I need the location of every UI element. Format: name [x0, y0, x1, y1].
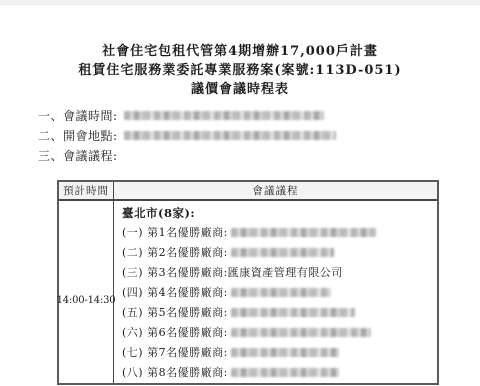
title-line-3: 議價會議時程表: [0, 80, 480, 99]
group-title: 臺北市(8家):: [122, 204, 433, 223]
agenda-table-header: 預計時間 會議議程: [59, 182, 437, 201]
agenda-item-label: (六) 第6名優勝廠商:: [122, 326, 228, 339]
redacted-company-name: [231, 308, 355, 317]
meta-label: 一、會議時間:: [38, 109, 118, 123]
agenda-item-label: (二) 第2名優勝廠商:: [122, 246, 228, 259]
redacted-company-name: [231, 368, 339, 377]
meta-item-meeting-place: 二、開會地點:: [38, 126, 460, 146]
agenda-item-company: 匯康資產管理有限公司: [228, 266, 343, 279]
agenda-item-1: (一) 第1名優勝廠商:: [122, 223, 433, 243]
agenda-item-3: (三) 第3名優勝廠商:匯康資產管理有限公司: [122, 263, 433, 283]
agenda-table: 預計時間 會議議程 14:00-14:30 臺北市(8家): (一) 第1名優勝…: [57, 180, 439, 385]
meta-label: 二、開會地點:: [38, 129, 118, 143]
redacted-meeting-place: [124, 131, 336, 140]
header-cell-agenda: 會議議程: [114, 182, 437, 199]
redacted-company-name: [231, 228, 376, 237]
meta-item-meeting-time: 一、會議時間:: [38, 106, 460, 126]
agenda-item-2: (二) 第2名優勝廠商:: [122, 243, 433, 263]
redacted-company-name: [231, 248, 334, 257]
viewer-top-edge: [0, 0, 480, 5]
agenda-item-label: (三) 第3名優勝廠商:: [122, 266, 228, 279]
redacted-company-name: [231, 328, 371, 337]
agenda-item-4: (四) 第4名優勝廠商:: [122, 283, 433, 303]
meta-item-meeting-agenda: 三、會議議程:: [38, 146, 460, 166]
header-cell-time: 預計時間: [59, 182, 114, 199]
agenda-item-8: (八) 第8名優勝廠商:: [122, 363, 433, 383]
agenda-item-7: (七) 第7名優勝廠商:: [122, 343, 433, 363]
agenda-cell: 臺北市(8家): (一) 第1名優勝廠商: (二) 第2名優勝廠商: (三) 第…: [114, 201, 437, 383]
agenda-table-row: 14:00-14:30 臺北市(8家): (一) 第1名優勝廠商: (二) 第2…: [59, 201, 437, 383]
title-line-2: 租賃住宅服務業委託專業服務案(案號:113D-051): [0, 61, 480, 80]
title-line-1: 社會住宅包租代管第4期增辦17,000戶計畫: [0, 42, 480, 61]
redacted-company-name: [231, 288, 331, 297]
agenda-item-6: (六) 第6名優勝廠商:: [122, 323, 433, 343]
agenda-item-5: (五) 第5名優勝廠商:: [122, 303, 433, 323]
redacted-company-name: [231, 348, 339, 357]
agenda-item-label: (四) 第4名優勝廠商:: [122, 286, 228, 299]
agenda-item-label: (一) 第1名優勝廠商:: [122, 226, 228, 239]
agenda-item-label: (五) 第5名優勝廠商:: [122, 306, 228, 319]
agenda-item-label: (八) 第8名優勝廠商:: [122, 366, 228, 379]
time-cell: 14:00-14:30: [59, 201, 114, 383]
document-title: 社會住宅包租代管第4期增辦17,000戶計畫 租賃住宅服務業委託專業服務案(案號…: [0, 42, 480, 99]
time-range: 14:00-14:30: [57, 295, 116, 306]
redacted-meeting-time: [124, 111, 324, 120]
meta-list: 一、會議時間: 二、開會地點: 三、會議議程:: [38, 106, 460, 166]
meta-label: 三、會議議程:: [38, 149, 118, 163]
agenda-item-label: (七) 第7名優勝廠商:: [122, 346, 228, 359]
